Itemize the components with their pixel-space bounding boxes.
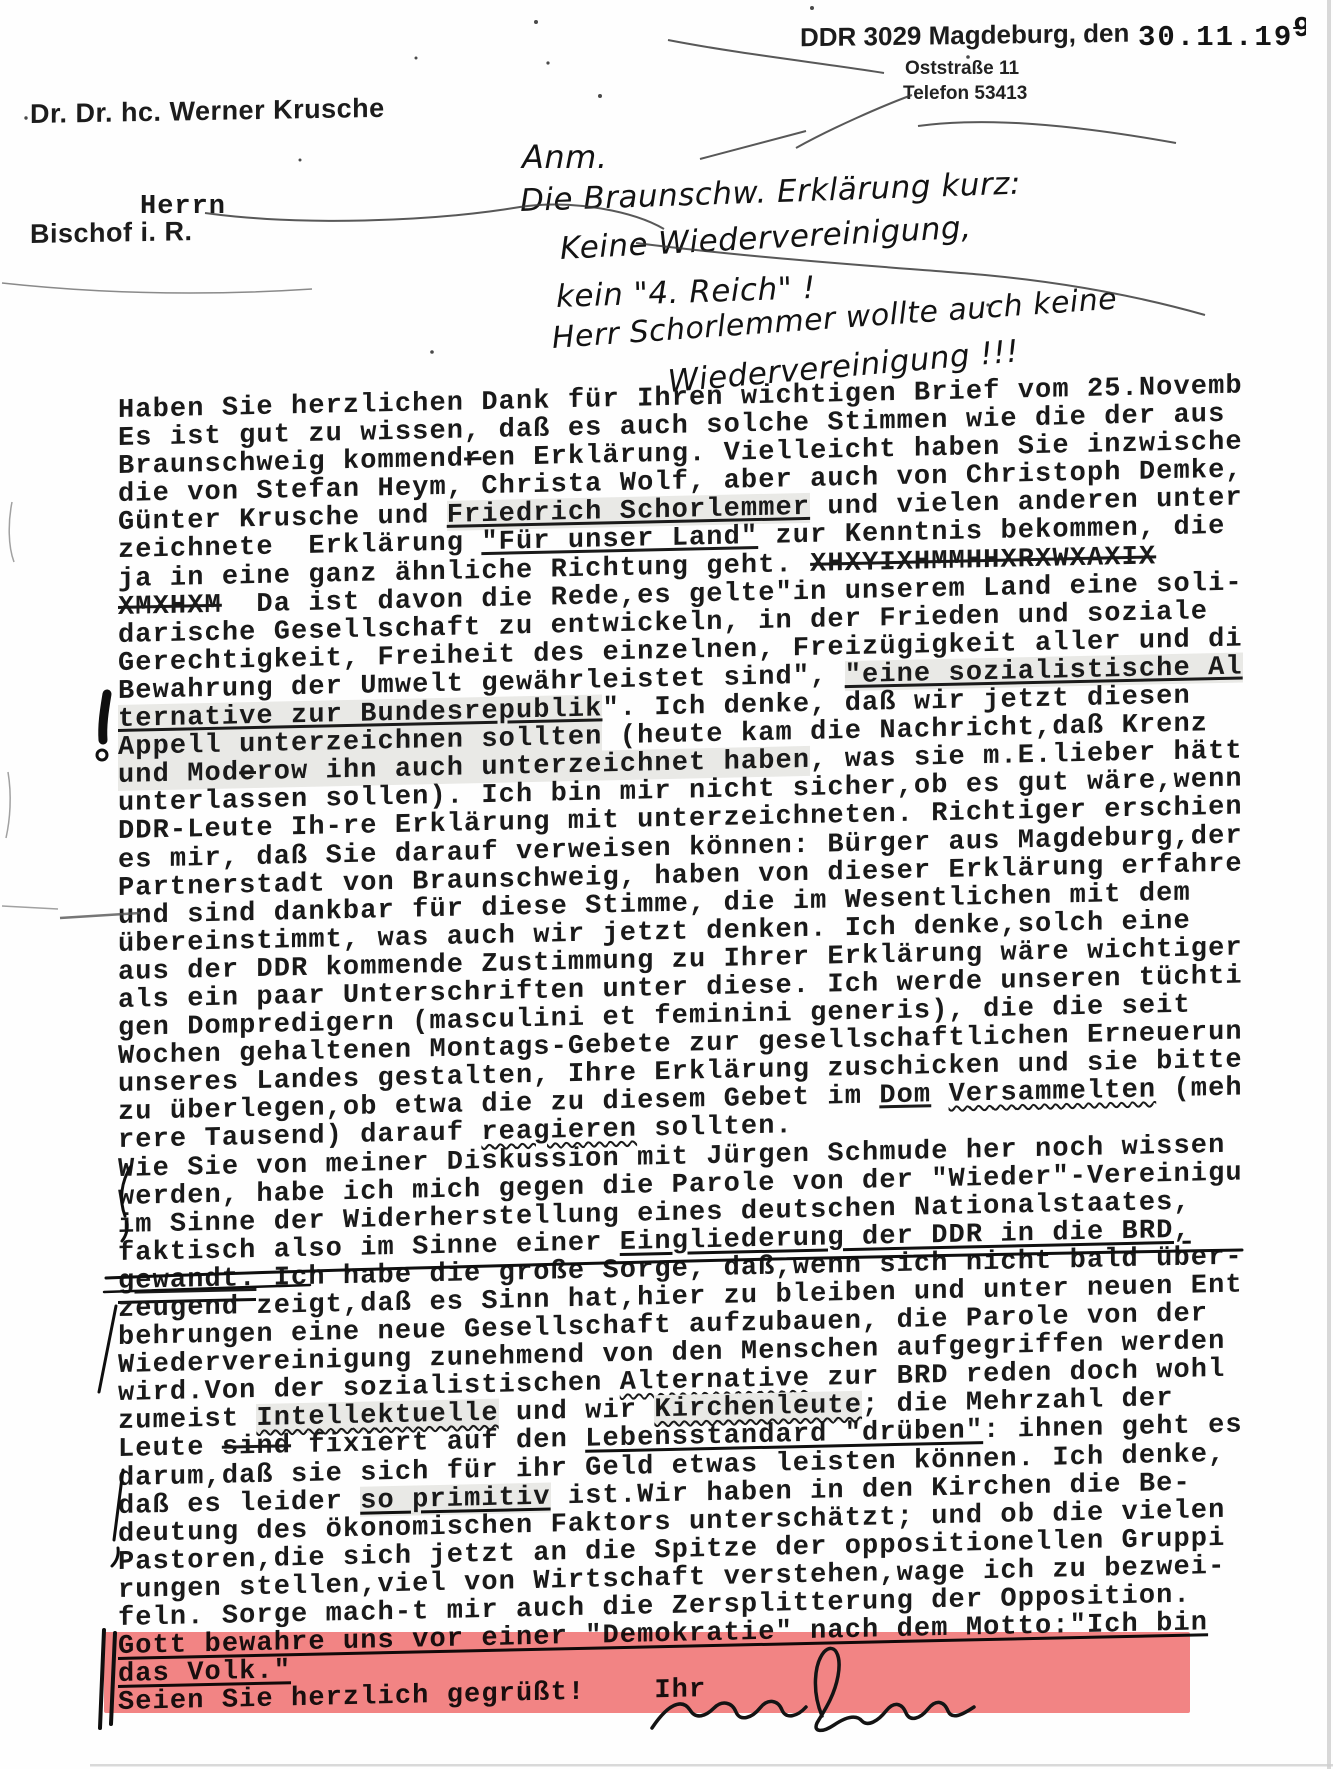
letterhead-name-line1: Dr. Dr. hc. Werner Krusche [30,88,385,134]
handwritten-note-line: Keine Wiedervereinigung, [559,209,972,267]
letterhead-city-line: DDR 3029 Magdeburg, den [800,18,1129,54]
red-highlight-overlay [104,1632,1190,1713]
letterhead-street: Oststraße 11 [905,58,1019,80]
margin-exclamation-mark [103,694,107,740]
handwritten-note-line: Anm. [522,138,608,176]
margin-exclamation-dot [97,750,107,760]
scanned-letter-page: Dr. Dr. hc. Werner Krusche Bischof i. R.… [0,0,1333,1769]
letter-date: 30.11.199 [1138,12,1306,54]
letter-date-cut-digit: 9 [1293,12,1306,45]
margin-slash-mark [99,1306,116,1392]
letterhead-phone: Telefon 53413 [903,83,1027,105]
letterhead-name-block: Dr. Dr. hc. Werner Krusche Bischof i. R. [30,8,385,334]
letter-date-value: 30.11.19 [1138,21,1293,54]
recipient-salutation: Herrn [140,192,226,222]
letter-body: Haben Sie herzlichen Dank für Ihren wich… [118,372,1243,1717]
